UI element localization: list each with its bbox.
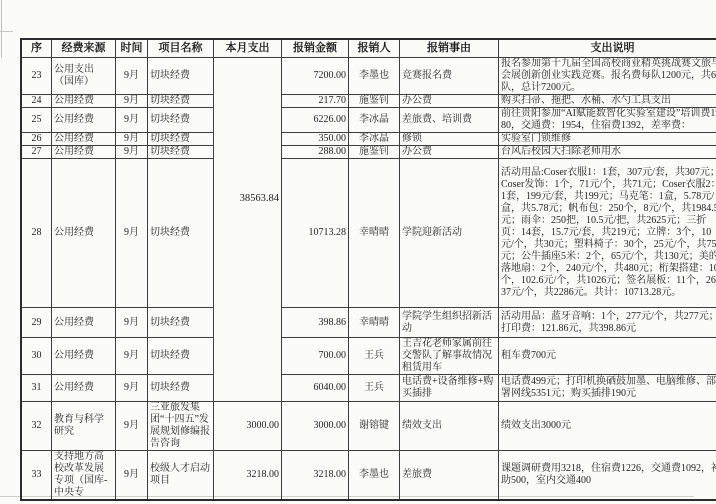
expense-description-cell: 绩效支出3000元 [499,402,716,451]
funding-source-cell: 公用经费 [52,375,116,402]
funding-source-cell: 公用经费 [52,338,116,375]
reimburse-amount-cell: 217.70 [282,95,349,108]
funding-source-cell: 教育与科学研究 [52,402,116,451]
table-row: 32教育与科学研究9月三亚旅发集团“十四五”发展规划修编报告咨询3000.003… [21,402,716,451]
funding-source-cell: 公用支出（国库） [52,58,116,95]
scan-artifact-topleft [0,31,13,32]
seq-cell: 26 [21,133,52,146]
project-name-cell: 校级人才启动项目 [148,451,214,501]
time-cell: 9月 [116,95,148,108]
time-cell: 9月 [116,338,148,375]
expense-table: 序经费来源时间项目名称本月支出报销金额报销人报销事由支出说明 23公用支出（国库… [20,38,716,501]
month-expense-cell: 3218.00 [214,451,282,501]
reimburse-amount-cell: 350.00 [282,133,349,146]
table-row: 23公用支出（国库）9月切块经费38563.847200.00李墨也竞赛报名费报… [21,58,716,95]
column-header-desc: 支出说明 [499,39,716,58]
column-header-time: 时间 [116,39,148,58]
reimburse-reason-cell: 差旅费 [400,451,499,501]
expense-table-body: 23公用支出（国库）9月切块经费38563.847200.00李墨也竞赛报名费报… [21,58,716,501]
project-name-cell: 切块经费 [148,95,214,108]
project-name-cell: 切块经费 [148,58,214,95]
table-row: 25公用经费9月切块经费6226.00李冰晶差旅费、培训费前往贵阳参加“AI赋能… [21,108,716,133]
expense-description-cell: 活动用品：蓝牙音响：1个，277元/个，共277元；打印费：121.86元，共3… [499,308,716,338]
reimburser-cell: 施鉴钊 [349,146,400,159]
seq-cell: 24 [21,95,52,108]
funding-source-cell: 公用经费 [52,308,116,338]
table-row: 30公用经费9月切块经费700.00王兵王吉花老师家属前往交警队了解事故情况租赁… [21,338,716,375]
funding-source-cell: 公用经费 [52,95,116,108]
project-name-cell: 切块经费 [148,308,214,338]
time-cell: 9月 [116,308,148,338]
reimburse-reason-cell: 修锁 [400,133,499,146]
time-cell: 9月 [116,58,148,95]
time-cell: 9月 [116,159,148,308]
expense-description-cell: 购买扫帚、拖把、水桶、水勺工具支出 [499,95,716,108]
expense-description-cell: 课题调研费用3218，住宿费1226，交通费1092，补助500，室内交通400 [499,451,716,501]
reimburser-cell: 李冰晶 [349,133,400,146]
reimburse-reason-cell: 学院学生组织招新活动 [400,308,499,338]
reimburser-cell: 谢镕键 [349,402,400,451]
expense-description-cell: 报名参加第十九届全国高校商业精英挑战赛文旅与会展创新创业实践竞赛。报名费每队12… [499,58,716,95]
reimburse-reason-cell: 差旅费、培训费 [400,108,499,133]
funding-source-cell: 公用经费 [52,108,116,133]
reimburse-amount-cell: 7200.00 [282,58,349,95]
column-header-project: 项目名称 [148,39,214,58]
table-row: 29公用经费9月切块经费398.86幸晴晴学院学生组织招新活动活动用品：蓝牙音响… [21,308,716,338]
month-expense-cell: 3000.00 [214,402,282,451]
reimburse-amount-cell: 6226.00 [282,108,349,133]
reimburser-cell: 李冰晶 [349,108,400,133]
funding-source-cell: 公用经费 [52,159,116,308]
reimburser-cell: 李墨也 [349,451,400,501]
month-expense-merged-cell: 38563.84 [214,58,282,402]
reimburser-cell: 施鉴钊 [349,95,400,108]
project-name-cell: 切块经费 [148,133,214,146]
column-header-month: 本月支出 [214,39,282,58]
seq-cell: 25 [21,108,52,133]
table-row: 28公用经费9月切块经费10713.28幸晴晴学院迎新活动活动用品:Coser衣… [21,159,716,308]
reimburser-cell: 王兵 [349,375,400,402]
table-row: 24公用经费9月切块经费217.70施鉴钊办公费购买扫帚、拖把、水桶、水勺工具支… [21,95,716,108]
project-name-cell: 切块经费 [148,146,214,159]
reimburser-cell: 幸晴晴 [349,159,400,308]
column-header-source: 经费来源 [52,39,116,58]
time-cell: 9月 [116,451,148,501]
table-row: 31公用经费9月切块经费6040.00王兵电话费+设备维修+购买插排电话费499… [21,375,716,402]
reimburse-reason-cell: 绩效支出 [400,402,499,451]
funding-source-cell: 公用经费 [52,133,116,146]
reimburse-amount-cell: 3218.00 [282,451,349,501]
seq-cell: 33 [21,451,52,501]
project-name-cell: 三亚旅发集团“十四五”发展规划修编报告咨询 [148,402,214,451]
reimburse-reason-cell: 竞赛报名费 [400,58,499,95]
funding-source-cell: 支持地方高校改革发展专项（国库-中央专 [52,451,116,501]
reimburse-amount-cell: 288.00 [282,146,349,159]
time-cell: 9月 [116,375,148,402]
reimburse-amount-cell: 398.86 [282,308,349,338]
project-name-cell: 切块经费 [148,159,214,308]
table-row: 27公用经费9月切块经费288.00施鉴钊办公费台风后校园大扫除老师用水 [21,146,716,159]
column-header-seq: 序 [21,39,52,58]
project-name-cell: 切块经费 [148,108,214,133]
seq-cell: 23 [21,58,52,95]
table-row: 26公用经费9月切块经费350.00李冰晶修锁实验室门锁维修 [21,133,716,146]
seq-cell: 29 [21,308,52,338]
seq-cell: 32 [21,402,52,451]
seq-cell: 28 [21,159,52,308]
time-cell: 9月 [116,108,148,133]
scanned-expense-report-page: { "table": { "headers": ["序", "经费来源", "时… [0,0,716,504]
table-header-row: 序经费来源时间项目名称本月支出报销金额报销人报销事由支出说明 [21,39,716,58]
expense-description-cell: 实验室门锁维修 [499,133,716,146]
funding-source-cell: 公用经费 [52,146,116,159]
reimburser-cell: 幸晴晴 [349,308,400,338]
seq-cell: 31 [21,375,52,402]
reimburse-reason-cell: 办公费 [400,95,499,108]
expense-description-cell: 租车费700元 [499,338,716,375]
reimburse-amount-cell: 700.00 [282,338,349,375]
reimburser-cell: 王兵 [349,338,400,375]
time-cell: 9月 [116,133,148,146]
seq-cell: 27 [21,146,52,159]
reimburse-reason-cell: 办公费 [400,146,499,159]
expense-description-cell: 台风后校园大扫除老师用水 [499,146,716,159]
time-cell: 9月 [116,146,148,159]
project-name-cell: 切块经费 [148,375,214,402]
reimburser-cell: 李墨也 [349,58,400,95]
expense-description-cell: 电话费499元；打印机换硒鼓加墨、电脑维修、部署网线5351元；购买插排190元 [499,375,716,402]
column-header-person: 报销人 [349,39,400,58]
reimburse-reason-cell: 王吉花老师家属前往交警队了解事故情况租赁用车 [400,338,499,375]
scan-artifact-left-edge [1,0,2,58]
seq-cell: 30 [21,338,52,375]
reimburse-amount-cell: 6040.00 [282,375,349,402]
project-name-cell: 切块经费 [148,338,214,375]
reimburse-reason-cell: 电话费+设备维修+购买插排 [400,375,499,402]
table-row: 33支持地方高校改革发展专项（国库-中央专9月校级人才启动项目3218.0032… [21,451,716,501]
reimburse-amount-cell: 10713.28 [282,159,349,308]
time-cell: 9月 [116,402,148,451]
reimburse-reason-cell: 学院迎新活动 [400,159,499,308]
expense-table-header: 序经费来源时间项目名称本月支出报销金额报销人报销事由支出说明 [21,39,716,58]
month-expense-total: 38563.84 [240,193,279,205]
expense-description-cell: 活动用品:Coser衣服1：1套，307元/套，共307元；Coser发饰：1个… [499,159,716,308]
expense-description-cell: 前往贵阳参加“AI赋能数智化实验室建设”培训费1980，交通费：1954，住宿费… [499,108,716,133]
reimburse-amount-cell: 3000.00 [282,402,349,451]
column-header-amount: 报销金额 [282,39,349,58]
column-header-reason: 报销事由 [400,39,499,58]
